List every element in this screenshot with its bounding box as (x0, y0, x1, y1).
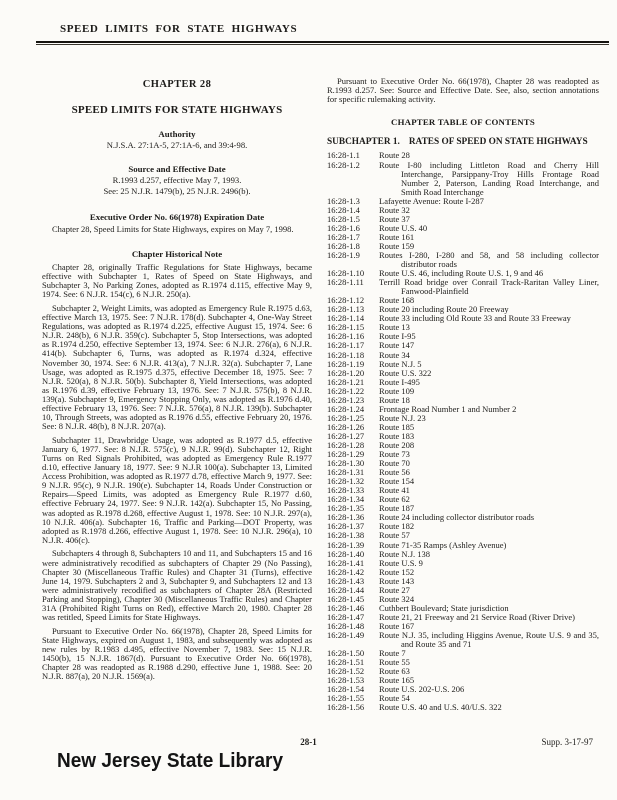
toc-title: Lafayette Avenue: Route I-287 (379, 197, 599, 206)
toc-row: 16:28-1.7 Route 161 (327, 233, 599, 242)
toc-row: 16:28-1.25 Route N.J. 23 (327, 414, 599, 423)
historical-note-paragraph: Chapter 28, originally Traffic Regulatio… (42, 263, 312, 299)
page-body: CHAPTER 28 SPEED LIMITS FOR STATE HIGHWA… (42, 48, 599, 712)
historical-note-paragraph: Subchapter 11, Drawbridge Usage, was ado… (42, 436, 312, 545)
toc-title: Route U.S. 202-U.S. 206 (379, 685, 599, 694)
toc-row: 16:28-1.34 Route 62 (327, 495, 599, 504)
toc-title: Route 154 (379, 477, 599, 486)
toc-row: 16:28-1.30 Route 70 (327, 459, 599, 468)
toc-row: 16:28-1.4 Route 32 (327, 206, 599, 215)
toc-row: 16:28-1.51 Route 55 (327, 658, 599, 667)
toc-title: Terrill Road bridge over Conrail Track-R… (379, 278, 599, 296)
toc-row: 16:28-1.29 Route 73 (327, 450, 599, 459)
toc-row: 16:28-1.41 Route U.S. 9 (327, 559, 599, 568)
toc-title: Route N.J. 35, including Higgins Avenue,… (379, 631, 599, 649)
page-number: 28-1 (0, 737, 617, 747)
toc-row: 16:28-1.27 Route 183 (327, 432, 599, 441)
toc-title: Route 33 including Old Route 33 and Rout… (379, 314, 599, 323)
toc-title: Route 143 (379, 577, 599, 586)
toc-title: Routes I-280, I-280 and 58, and 58 inclu… (379, 251, 599, 269)
toc-row: 16:28-1.24 Frontage Road Number 1 and Nu… (327, 405, 599, 414)
source-line: See: 25 N.J.R. 1479(b), 25 N.J.R. 2496(b… (42, 187, 312, 197)
document-page: SPEED LIMITS FOR STATE HIGHWAYS CHAPTER … (0, 0, 617, 800)
toc-row: 16:28-1.42 Route 152 (327, 568, 599, 577)
toc-row: 16:28-1.44 Route 27 (327, 586, 599, 595)
toc-title: Route 32 (379, 206, 599, 215)
toc-row: 16:28-1.9 Routes I-280, I-280 and 58, an… (327, 251, 599, 269)
toc-title: Route 147 (379, 341, 599, 350)
header-rule (36, 41, 609, 45)
toc-row: 16:28-1.32 Route 154 (327, 477, 599, 486)
toc-number: 16:28-1.49 (327, 631, 379, 649)
toc-title: Route 70 (379, 459, 599, 468)
page-footer: 28-1 Supp. 3-17-97 (0, 737, 617, 747)
toc-row: 16:28-1.16 Route I-95 (327, 332, 599, 341)
toc-row: 16:28-1.26 Route 185 (327, 423, 599, 432)
authority-citation: N.J.S.A. 27:1A-5, 27:1A-6, and 39:4-98. (42, 141, 312, 151)
toc-row: 16:28-1.36 Route 24 including collector … (327, 513, 599, 522)
source-line: R.1993 d.257, effective May 7, 1993. (42, 176, 312, 186)
subchapter-label: SUBCHAPTER 1. (327, 137, 400, 147)
chapter-title: SPEED LIMITS FOR STATE HIGHWAYS (42, 104, 312, 116)
toc-intro-paragraph: Pursuant to Executive Order No. 66(1978)… (327, 77, 599, 104)
toc-number: 16:28-1.9 (327, 251, 379, 269)
supplement-date: Supp. 3-17-97 (542, 737, 594, 747)
toc-title: Route I-80 including Littleton Road and … (379, 161, 599, 197)
toc-number: 16:28-1.56 (327, 703, 379, 712)
historical-note-heading: Chapter Historical Note (42, 249, 312, 259)
toc-row: 16:28-1.56 Route U.S. 40 and U.S. 40/U.S… (327, 703, 599, 712)
authority-heading: Authority (42, 129, 312, 139)
toc-row: 16:28-1.52 Route 63 (327, 667, 599, 676)
toc-row: 16:28-1.20 Route U.S. 322 (327, 369, 599, 378)
toc-row: 16:28-1.22 Route 109 (327, 387, 599, 396)
toc-row: 16:28-1.28 Route 208 (327, 441, 599, 450)
historical-note-paragraph: Subchapters 4 through 8, Subchapters 10 … (42, 549, 312, 622)
toc-row: 16:28-1.49 Route N.J. 35, including Higg… (327, 631, 599, 649)
library-stamp: New Jersey State Library (57, 750, 283, 773)
historical-note-paragraph: Pursuant to Executive Order No. 66(1978)… (42, 627, 312, 682)
toc-row: 16:28-1.33 Route 41 (327, 486, 599, 495)
toc-title: Route 73 (379, 450, 599, 459)
left-column: CHAPTER 28 SPEED LIMITS FOR STATE HIGHWA… (42, 48, 312, 712)
toc-title: Route 55 (379, 658, 599, 667)
toc-row: 16:28-1.17 Route 147 (327, 341, 599, 350)
toc-row: 16:28-1.18 Route 34 (327, 351, 599, 360)
toc-row: 16:28-1.54 Route U.S. 202-U.S. 206 (327, 685, 599, 694)
toc-title: Route 109 (379, 387, 599, 396)
toc-row: 16:28-1.15 Route 13 (327, 323, 599, 332)
toc-row: 16:28-1.43 Route 143 (327, 577, 599, 586)
toc-row: 16:28-1.6 Route U.S. 40 (327, 224, 599, 233)
toc-row: 16:28-1.37 Route 182 (327, 522, 599, 531)
toc-title: Route 7 (379, 649, 599, 658)
toc-title: Route 41 (379, 486, 599, 495)
toc-list: 16:28-1.1 Route 28 16:28-1.2 Route I-80 … (327, 151, 599, 712)
toc-number: 16:28-1.11 (327, 278, 379, 296)
running-header: SPEED LIMITS FOR STATE HIGHWAYS (60, 23, 297, 35)
historical-note-paragraph: Subchapter 2, Weight Limits, was adopted… (42, 304, 312, 431)
executive-order-heading: Executive Order No. 66(1978) Expiration … (42, 212, 312, 222)
toc-title: Route 208 (379, 441, 599, 450)
toc-heading: CHAPTER TABLE OF CONTENTS (327, 117, 599, 127)
toc-title: Route U.S. 40 and U.S. 40/U.S. 322 (379, 703, 599, 712)
toc-row: 16:28-1.21 Route I-495 (327, 378, 599, 387)
chapter-label: CHAPTER 28 (42, 79, 312, 90)
toc-row: 16:28-1.11 Terrill Road bridge over Conr… (327, 278, 599, 296)
toc-row: 16:28-1.5 Route 37 (327, 215, 599, 224)
toc-row: 16:28-1.19 Route N.J. 5 (327, 360, 599, 369)
toc-row: 16:28-1.50 Route 7 (327, 649, 599, 658)
subchapter-title: RATES OF SPEED ON STATE HIGHWAYS (409, 137, 588, 147)
toc-row: 16:28-1.2 Route I-80 including Littleton… (327, 161, 599, 197)
toc-row: 16:28-1.3 Lafayette Avenue: Route I-287 (327, 197, 599, 206)
toc-row: 16:28-1.47 Route 21, 21 Freeway and 21 S… (327, 613, 599, 622)
executive-order-paragraph: Chapter 28, Speed Limits for State Highw… (42, 225, 312, 234)
running-header-title: SPEED LIMITS FOR STATE HIGHWAYS (60, 23, 297, 35)
toc-row: 16:28-1.40 Route N.J. 138 (327, 550, 599, 559)
toc-number: 16:28-1.2 (327, 161, 379, 197)
toc-row: 16:28-1.31 Route 56 (327, 468, 599, 477)
source-heading: Source and Effective Date (42, 164, 312, 174)
toc-title: Route 182 (379, 522, 599, 531)
toc-row: 16:28-1.39 Route 71-35 Ramps (Ashley Ave… (327, 541, 599, 550)
toc-row: 16:28-1.14 Route 33 including Old Route … (327, 314, 599, 323)
right-column: Pursuant to Executive Order No. 66(1978)… (327, 48, 599, 712)
subchapter-heading: SUBCHAPTER 1.RATES OF SPEED ON STATE HIG… (327, 137, 599, 147)
